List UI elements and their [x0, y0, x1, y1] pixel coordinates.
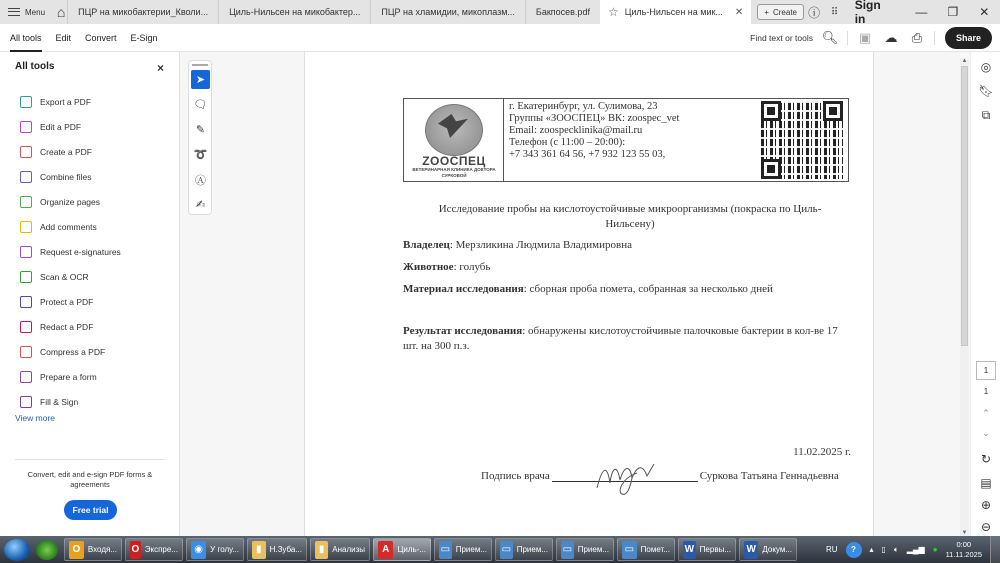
image-icon: ▭ [500, 541, 513, 559]
taskbar-button[interactable]: ▭Прием... [556, 538, 614, 561]
taskbar-button[interactable]: OЭкспре... [125, 538, 183, 561]
volume-icon[interactable]: 🔈︎ [894, 545, 899, 555]
ai-assistant-icon[interactable]: ◎ [976, 60, 996, 74]
taskbar-label: Прием... [578, 545, 609, 554]
image-icon: ▭ [622, 541, 637, 559]
view-more-link[interactable]: View more [15, 413, 55, 423]
menu-all-tools[interactable]: All tools [0, 33, 42, 43]
menu-convert[interactable]: Convert [71, 33, 117, 43]
home-button[interactable]: ⌂ [55, 0, 68, 24]
material-label: Материал исследования [403, 283, 524, 295]
all-tools-panel: All tools × Export a PDFEdit a PDFCreate… [0, 52, 180, 536]
create-label: Create [773, 8, 797, 17]
folder-icon: ▮ [252, 541, 266, 559]
letterhead: ZOOСПЕЦ ВЕТЕРИНАРНАЯ КЛИНИКА ДОКТОРА СУР… [403, 98, 849, 182]
tab-document-3[interactable]: ПЦР на хламидии, микоплазм... [371, 0, 526, 24]
quick-tools-bar: ➤ 🗨︎ ✎ ➰ Ⓐ ✍ [188, 60, 212, 215]
clinic-logo: ZOOСПЕЦ ВЕТЕРИНАРНАЯ КЛИНИКА ДОКТОРА СУР… [404, 99, 504, 181]
logo-subtitle: ВЕТЕРИНАРНАЯ КЛИНИКА ДОКТОРА СУРКОВОЙ [410, 167, 498, 179]
tool-item-compress-a-pdf[interactable]: Compress a PDF [20, 339, 121, 364]
tool-icon [20, 371, 32, 383]
highlight-pen-icon[interactable]: ✎ [191, 120, 210, 139]
tool-item-edit-a-pdf[interactable]: Edit a PDF [20, 114, 121, 139]
vertical-scrollbar[interactable]: ▲ ▼ [960, 58, 969, 536]
tool-item-create-a-pdf[interactable]: Create a PDF [20, 139, 121, 164]
zoom-in-icon[interactable]: ⊕ [976, 498, 996, 512]
plus-icon: + [764, 8, 769, 17]
minimize-icon[interactable]: — [906, 5, 937, 19]
image-icon: ▭ [561, 541, 574, 559]
tool-item-request-e-signatures[interactable]: Request e-signatures [20, 239, 121, 264]
tool-icon [20, 346, 32, 358]
taskbar-label: Циль-... [397, 545, 426, 554]
page-thumbnails-icon[interactable]: ⧉ [976, 108, 996, 123]
hamburger-icon [8, 8, 20, 16]
close-panel-icon[interactable]: × [157, 61, 164, 75]
result-field: Результат исследования: обнаружены кисло… [403, 324, 853, 354]
bookmarks-icon[interactable]: 🔖︎ [976, 84, 996, 98]
taskbar-label: У голу... [210, 545, 239, 554]
pdf-page: ZOOСПЕЦ ВЕТЕРИНАРНАЯ КЛИНИКА ДОКТОРА СУР… [304, 52, 874, 536]
image-icon: ▭ [439, 541, 452, 559]
draw-freehand-icon[interactable]: ➰ [191, 145, 210, 164]
email: Email: zoospecklinika@mail.ru [509, 125, 751, 137]
tool-label: Organize pages [40, 197, 100, 207]
tab-document-1[interactable]: ПЦР на микобактерии_Кволи... [68, 0, 219, 24]
search-icon[interactable]: 🔍︎ [817, 30, 843, 46]
menu-label: Menu [25, 8, 45, 17]
browser-tab-bar: Menu ⌂ ПЦР на микобактерии_Кволи... Циль… [0, 0, 1000, 24]
tool-icon [20, 396, 32, 408]
windows-taskbar: OВходя...OЭкспре...◉У голу...▮Н.Зуба...▮… [0, 536, 1000, 563]
word-icon: W [683, 541, 696, 559]
address: г. Екатеринбург, ул. Сулимова, 23 [509, 101, 751, 113]
save-icon[interactable]: ▣ [852, 30, 878, 46]
tool-icon [20, 296, 32, 308]
owner-value: : Мерзликина Людмила Владимировна [450, 239, 632, 251]
sign-in-button[interactable]: Sign in [845, 0, 906, 26]
tool-item-fill-sign[interactable]: Fill & Sign [20, 389, 121, 414]
close-window-icon[interactable]: ✕ [969, 5, 1000, 19]
create-button[interactable]: + Create [757, 4, 804, 20]
rotate-icon[interactable]: ↻ [976, 452, 996, 466]
star-icon[interactable]: ☆ [608, 5, 619, 19]
tool-icon [20, 196, 32, 208]
signature-row: Подпись врача Суркова Татьяна Геннадьевн… [481, 470, 839, 482]
restore-icon[interactable]: ❐ [937, 5, 968, 19]
next-page-icon[interactable]: ⌄ [976, 428, 996, 439]
animal-field: Животное: голубь [403, 260, 853, 275]
tool-label: Edit a PDF [40, 122, 81, 132]
tab-document-4[interactable]: Бакпосев.pdf [526, 0, 600, 24]
tab-active-document[interactable]: ☆ Циль-Нильсен на мик... ✕ [600, 0, 751, 24]
tool-label: Combine files [40, 172, 92, 182]
upload-cloud-icon[interactable]: ☁ [878, 30, 904, 46]
menu-edit[interactable]: Edit [42, 33, 72, 43]
battery-icon[interactable]: ▯ [882, 545, 886, 554]
handwritten-signature [592, 458, 662, 498]
owner-label: Владелец [403, 239, 450, 251]
tool-item-redact-a-pdf[interactable]: Redact a PDF [20, 314, 121, 339]
taskbar-button[interactable]: ▮Анализы [310, 538, 370, 561]
taskbar-label: Входя... [88, 545, 117, 554]
social-group: Группы «ЗООСПЕЦ» ВК: zoospec_vet [509, 113, 751, 125]
tool-icon [20, 96, 32, 108]
clinic-contacts: г. Екатеринбург, ул. Сулимова, 23 Группы… [504, 99, 756, 181]
phone-numbers: +7 343 361 64 56, +7 932 123 55 03, [509, 149, 751, 161]
tool-label: Create a PDF [40, 147, 92, 157]
network-icon[interactable]: ▂▄▆ [907, 545, 925, 554]
word-icon: W [744, 541, 758, 559]
taskbar-button[interactable]: ▭Помет... [617, 538, 675, 561]
animal-label: Животное [403, 261, 454, 273]
divider [934, 31, 935, 45]
taskbar-button[interactable]: ▮Н.Зуба... [247, 538, 307, 561]
panel-title: All tools [15, 61, 54, 72]
sign-icon[interactable]: ✍ [191, 195, 210, 214]
animal-value: : голубь [454, 261, 491, 273]
document-title: Исследование пробы на кислотоустойчивые … [415, 202, 845, 232]
taskbar-button[interactable]: AЦиль-... [373, 538, 431, 561]
total-pages: 1 [976, 387, 996, 396]
share-button[interactable]: Share [945, 27, 992, 49]
find-text-or-tools[interactable]: Find text or tools [750, 33, 817, 43]
current-page-input[interactable]: 1 [976, 361, 996, 380]
owner-field: Владелец: Мерзликина Людмила Владимировн… [403, 238, 853, 253]
material-field: Материал исследования: сборная проба пом… [403, 282, 853, 297]
taskbar-button[interactable]: OВходя... [64, 538, 122, 561]
signature-label: Подпись врача [481, 470, 550, 482]
clock-date: 11.11.2025 [946, 550, 982, 560]
taskbar-button[interactable]: WПервы... [678, 538, 736, 561]
tool-label: Scan & OCR [40, 272, 89, 282]
tool-item-add-comments[interactable]: Add comments [20, 214, 121, 239]
active-tab-label: Циль-Нильсен на мик... [625, 7, 723, 17]
right-rail: ◎ 🔖︎ ⧉ 1 1 ⌃ ⌄ ↻ ▤ ⊕ ⊖ [970, 52, 1000, 536]
tool-item-prepare-a-form[interactable]: Prepare a form [20, 364, 121, 389]
acrobat-icon: A [378, 541, 393, 559]
chrome-icon: ◉ [191, 541, 206, 559]
tool-item-scan-ocr[interactable]: Scan & OCR [20, 264, 121, 289]
phone-hours: Телефон (с 11:00 – 20:00): [509, 137, 751, 149]
page-display-icon[interactable]: ▤ [976, 476, 996, 490]
windows-logo-icon[interactable] [36, 540, 58, 560]
tool-icon [20, 146, 32, 158]
taskbar-button[interactable]: ▭Прием... [495, 538, 553, 561]
divider [847, 31, 848, 45]
comment-icon[interactable]: 🗨︎ [191, 95, 210, 114]
taskbar-button[interactable]: WДокум... [739, 538, 797, 561]
tool-label: Prepare a form [40, 372, 97, 382]
taskbar-label: Первы... [700, 545, 731, 554]
material-value: : сборная проба помета, собранная за нес… [524, 283, 773, 295]
zoom-out-icon[interactable]: ⊖ [976, 520, 996, 534]
tool-icon [20, 321, 32, 333]
tool-icon [20, 121, 32, 133]
tool-icon [20, 246, 32, 258]
tool-icon [20, 171, 32, 183]
show-desktop-button[interactable] [990, 536, 1000, 563]
scroll-up-arrow[interactable]: ▲ [960, 58, 969, 64]
help-circle-icon[interactable]: ? [846, 542, 862, 558]
tool-item-combine-files[interactable]: Combine files [20, 164, 121, 189]
tab-document-2[interactable]: Циль-Нильсен на микобактер... [219, 0, 371, 24]
taskbar-label: Прием... [517, 545, 548, 554]
show-hidden-icons[interactable]: ▴ [870, 545, 874, 554]
scrollbar-thumb[interactable] [961, 66, 968, 346]
apps-grid-icon[interactable]: ⠿ [824, 7, 844, 18]
drag-handle[interactable] [192, 64, 208, 66]
promo-text: Convert, edit and e-sign PDF forms & agr… [15, 470, 165, 490]
opera-icon: O [130, 541, 141, 559]
taskbar-label: Помет... [641, 545, 670, 554]
tool-label: Request e-signatures [40, 247, 121, 257]
start-button[interactable] [4, 539, 30, 561]
menu-button[interactable]: Menu [0, 0, 55, 24]
report-date: 11.02.2025 г. [793, 446, 851, 458]
tool-label: Export a PDF [40, 97, 91, 107]
logo-name: ZOOСПЕЦ [410, 154, 498, 168]
print-icon[interactable]: ⎙ [904, 30, 930, 46]
tool-label: Redact a PDF [40, 322, 93, 332]
previous-page-icon[interactable]: ⌃ [976, 408, 996, 419]
taskbar-button[interactable]: ◉У голу... [186, 538, 244, 561]
system-tray: RU ? ▴ ▯ 🔈︎ ▂▄▆ ● 0:00 11.11.2025 [826, 540, 990, 560]
tool-label: Add comments [40, 222, 97, 232]
home-icon: ⌂ [57, 4, 65, 20]
outlook-icon: O [69, 541, 84, 559]
taskbar-label: Прием... [456, 545, 487, 554]
text-box-icon[interactable]: Ⓐ [191, 170, 210, 189]
signature-line [552, 470, 698, 482]
clock[interactable]: 0:00 11.11.2025 [946, 540, 982, 560]
tool-item-organize-pages[interactable]: Organize pages [20, 189, 121, 214]
main-toolbar: All tools Edit Convert E-Sign Find text … [0, 24, 1000, 52]
free-trial-button[interactable]: Free trial [64, 500, 117, 520]
tool-label: Fill & Sign [40, 397, 78, 407]
security-icon[interactable]: ● [933, 545, 938, 554]
result-label: Результат исследования [403, 325, 522, 337]
language-indicator[interactable]: RU [826, 545, 838, 554]
taskbar-label: Н.Зуба... [270, 545, 302, 554]
taskbar-button[interactable]: ▭Прием... [434, 538, 492, 561]
taskbar-label: Анализы [332, 545, 365, 554]
clock-time: 0:00 [946, 540, 982, 550]
tool-item-protect-a-pdf[interactable]: Protect a PDF [20, 289, 121, 314]
doctor-name: Суркова Татьяна Геннадьевна [700, 470, 839, 482]
tool-icon [20, 271, 32, 283]
taskbar-label: Докум... [762, 545, 792, 554]
menu-esign[interactable]: E-Sign [117, 33, 158, 43]
tool-icon [20, 221, 32, 233]
taskbar-label: Экспре... [145, 545, 178, 554]
close-tab-icon[interactable]: ✕ [735, 7, 743, 18]
tool-item-export-a-pdf[interactable]: Export a PDF [20, 89, 121, 114]
help-icon[interactable]: ⓘ [804, 4, 824, 21]
tool-label: Protect a PDF [40, 297, 93, 307]
folder-icon: ▮ [315, 541, 328, 559]
select-cursor-icon[interactable]: ➤ [191, 70, 210, 89]
divider [15, 459, 165, 460]
qr-code [756, 99, 848, 181]
tool-label: Compress a PDF [40, 347, 105, 357]
